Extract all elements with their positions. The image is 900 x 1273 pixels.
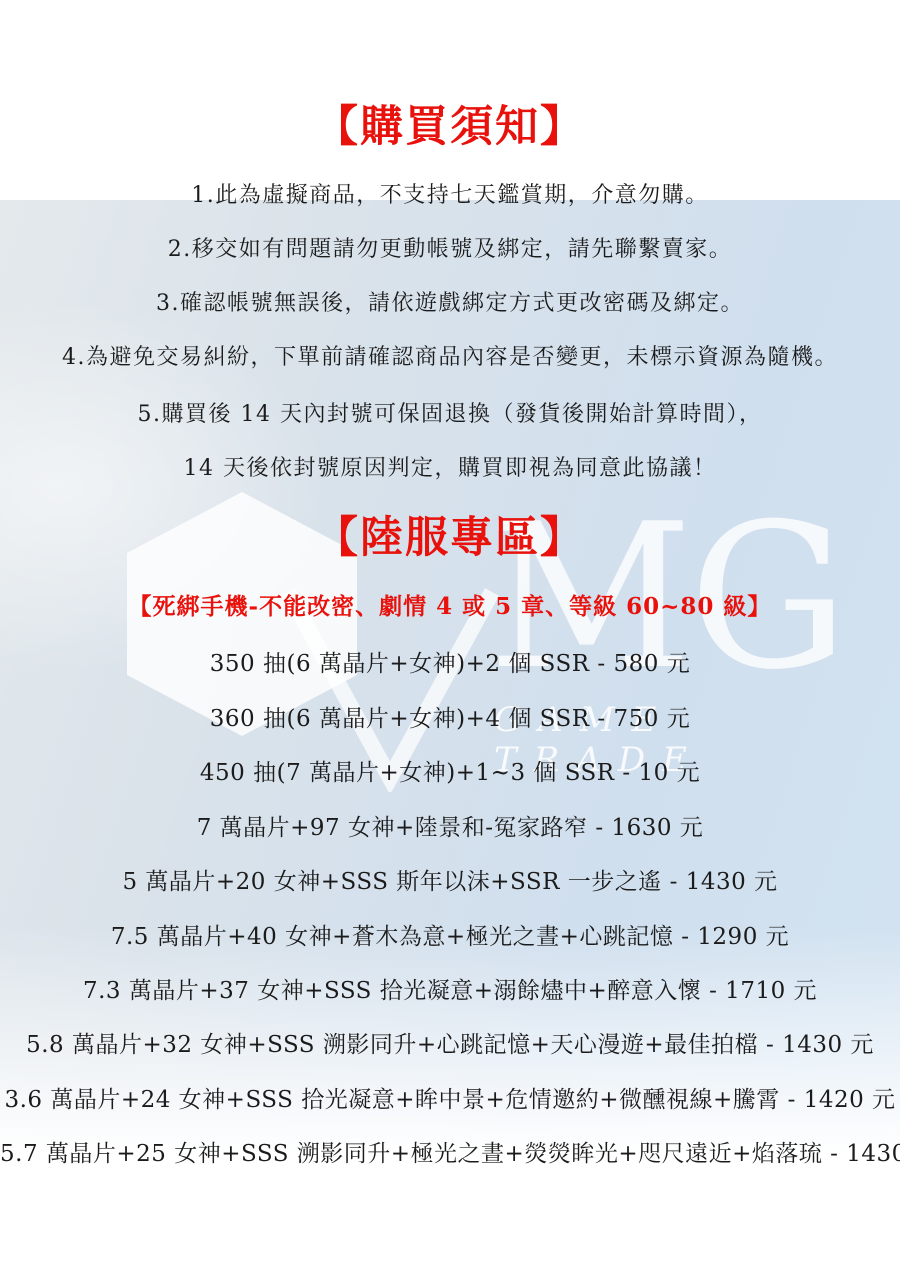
listing-item-9: 3.6 萬晶片+24 女神+SSS 拾光凝意+眸中景+危情邀約+微醺視線+騰霄 …: [0, 1081, 900, 1114]
purchase-note-5-continued: 14 天後依封號原因判定，購買即視為同意此協議！: [0, 451, 900, 482]
listing-item-4: 7 萬晶片+97 女神+陸景和-冤家路窄 - 1630 元: [0, 809, 900, 842]
listing-item-1: 350 抽(6 萬晶片+女神)+2 個 SSR - 580 元: [0, 645, 900, 678]
listing-item-7: 7.3 萬晶片+37 女神+SSS 拾光凝意+溺餘燼中+醉意入懷 - 1710 …: [0, 972, 900, 1005]
listing-item-8: 5.8 萬晶片+32 女神+SSS 溯影同升+心跳記憶+天心漫遊+最佳拍檔 - …: [0, 1026, 900, 1059]
purchase-note-5: 5.購買後 14 天內封號可保固退換（發貨後開始計算時間），: [0, 397, 900, 428]
purchase-note-3: 3.確認帳號無誤後，請依遊戲綁定方式更改密碼及綁定。: [0, 286, 900, 317]
purchase-note-4: 4.為避免交易糾紛，下單前請確認商品內容是否變更，未標示資源為隨機。: [0, 340, 900, 371]
flyer-page: MG GAME TRADE 【購買須知】 1.此為虛擬商品，不支持七天鑑賞期，介…: [0, 0, 900, 1273]
listing-item-6: 7.5 萬晶片+40 女神+蒼木為意+極光之晝+心跳記憶 - 1290 元: [0, 918, 900, 951]
purchase-note-1: 1.此為虛擬商品，不支持七天鑑賞期，介意勿購。: [0, 178, 900, 209]
listing-item-2: 360 抽(6 萬晶片+女神)+4 個 SSR - 750 元: [0, 700, 900, 733]
listing-item-5: 5 萬晶片+20 女神+SSS 斯年以沫+SSR 一步之遙 - 1430 元: [0, 863, 900, 896]
section-title: 【陸服專區】: [0, 504, 900, 565]
purchase-note-2: 2.移交如有問題請勿更動帳號及綁定，請先聯繫賣家。: [0, 232, 900, 263]
page-title: 【購買須知】: [0, 93, 900, 154]
listing-item-10: 5.7 萬晶片+25 女神+SSS 溯影同升+極光之晝+熒熒眸光+咫尺遠近+焰落…: [0, 1135, 900, 1168]
section-subtitle: 【死綁手機-不能改密、劇情 4 或 5 章、等級 60~80 級】: [0, 588, 900, 621]
listing-item-3: 450 抽(7 萬晶片+女神)+1~3 個 SSR - 10 元: [0, 754, 900, 787]
